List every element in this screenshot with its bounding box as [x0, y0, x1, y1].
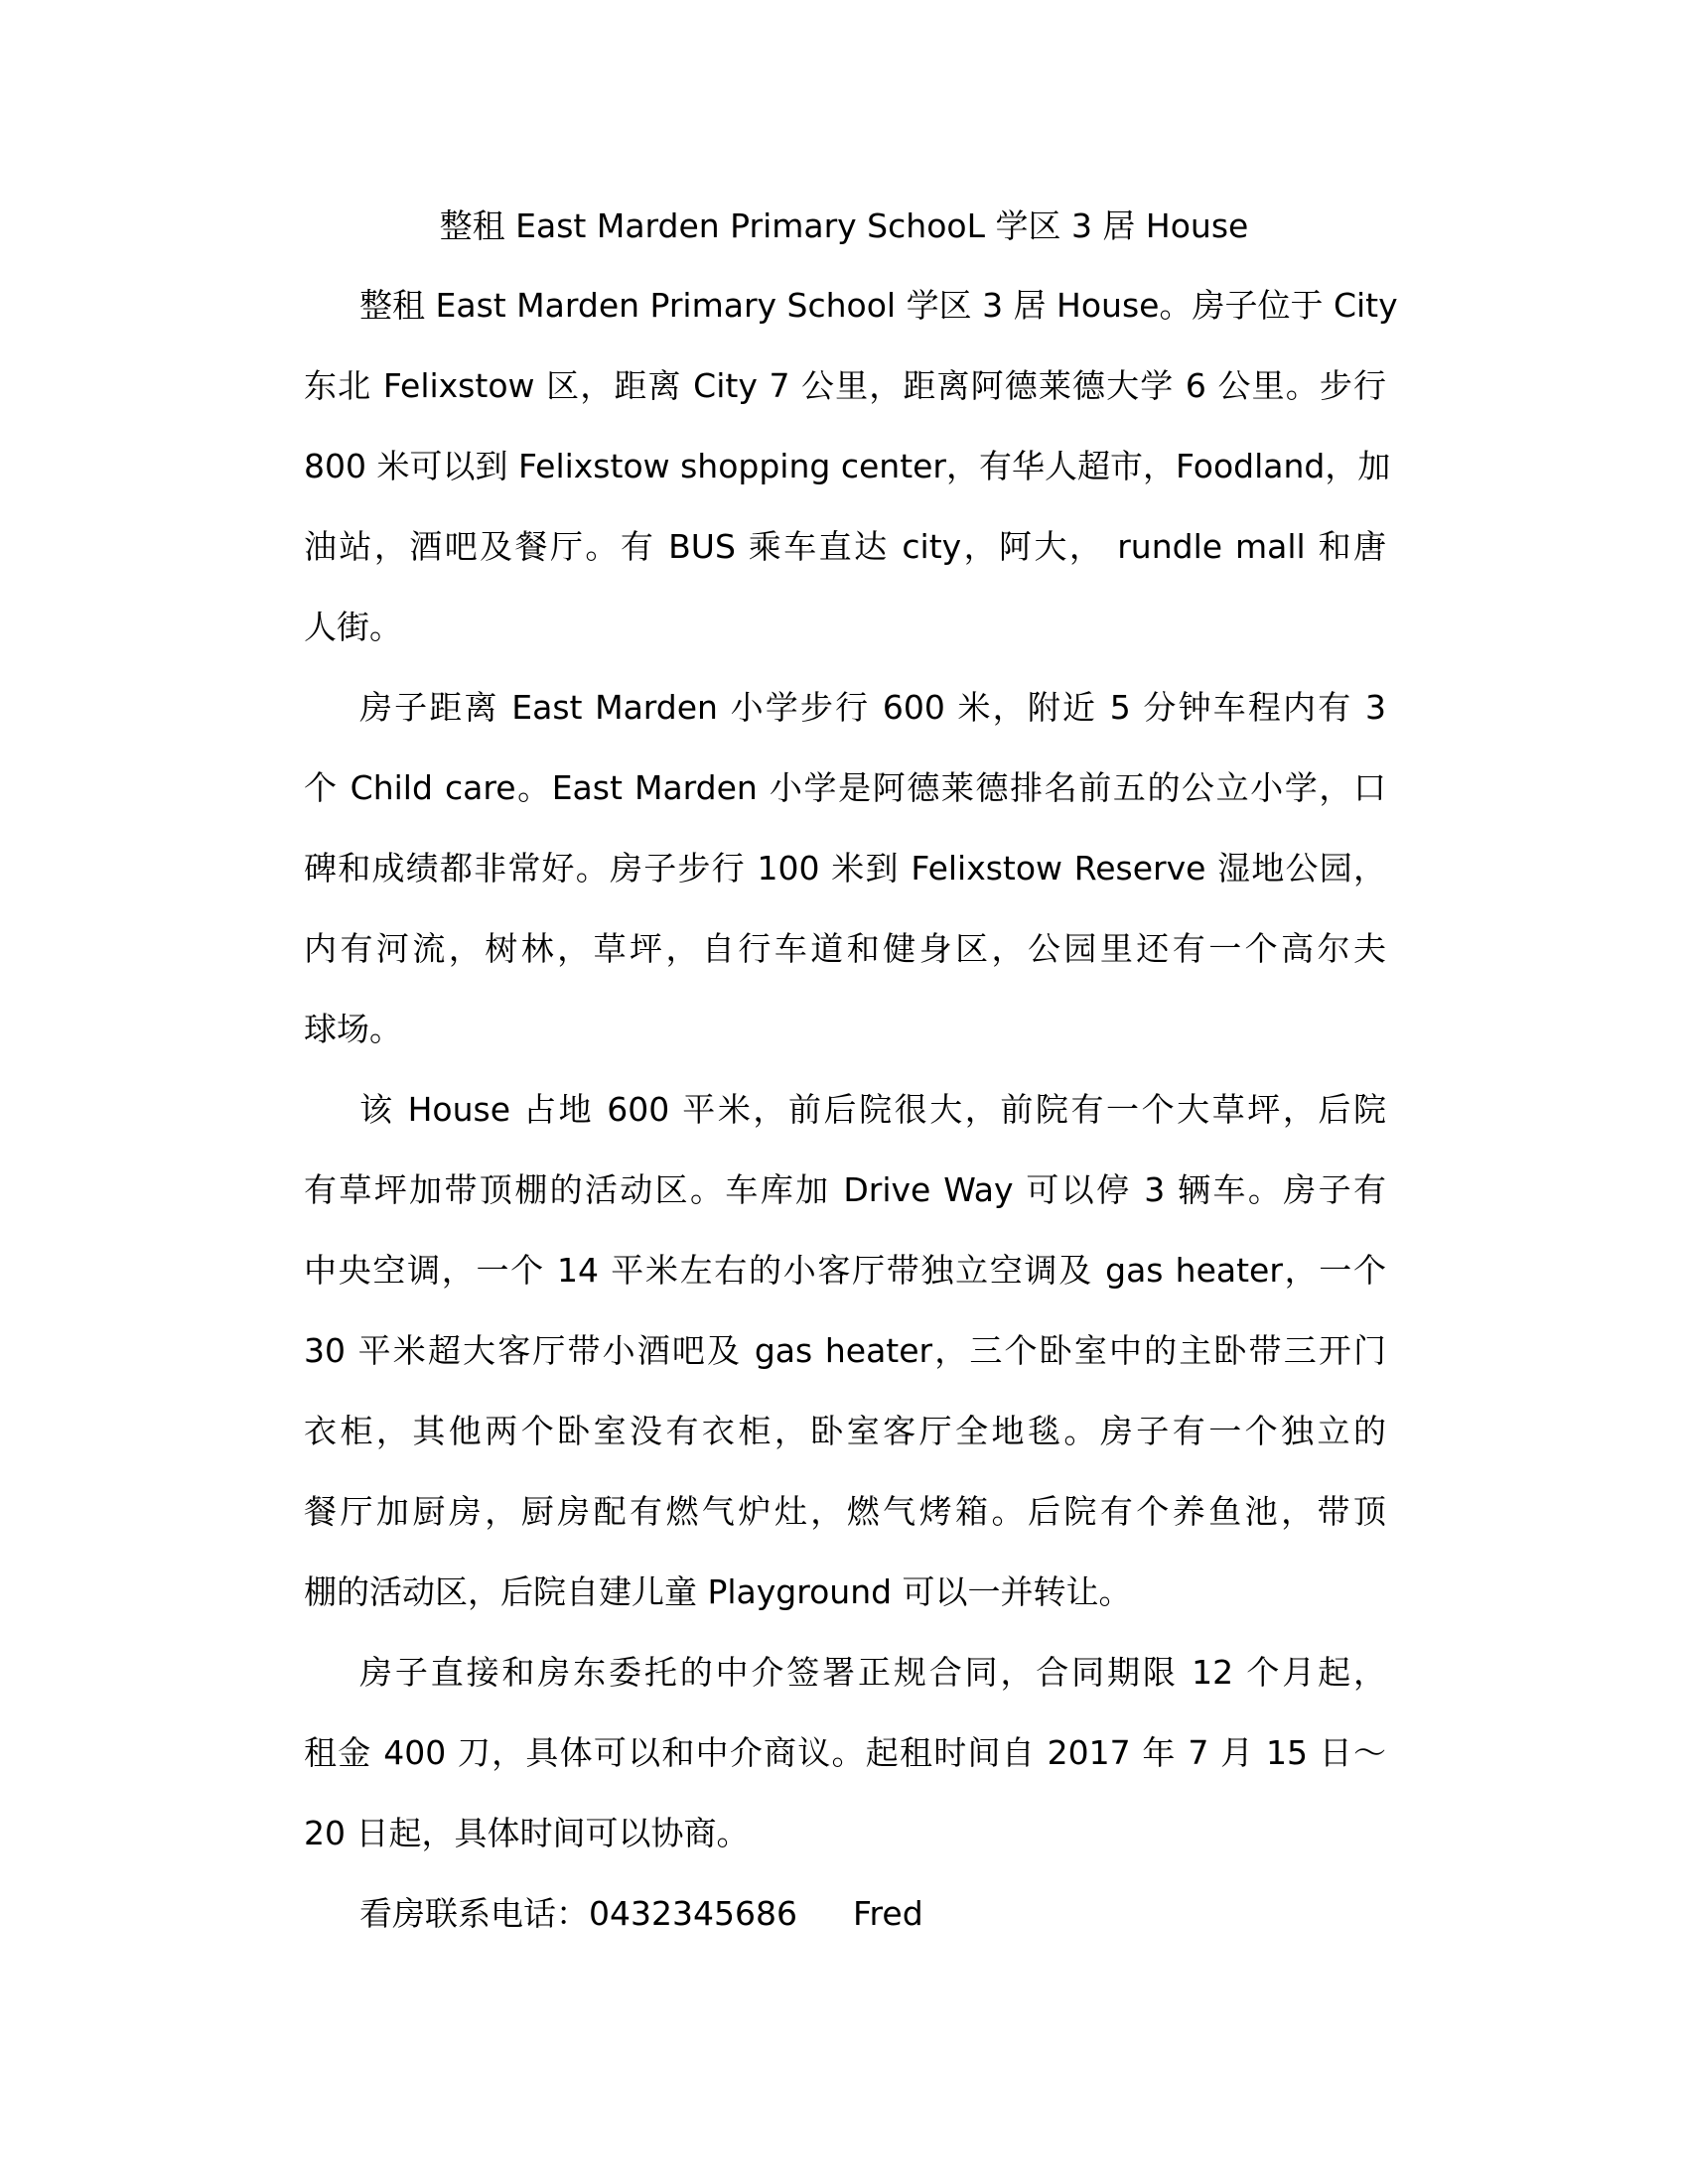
paragraph-line: 内有河流，树林，草坪，自行车道和健身区，公园里还有一个高尔夫 — [304, 925, 1386, 973]
paragraph-line: 人街。 — [304, 604, 1386, 651]
paragraph-line: 碑和成绩都非常好。房子步行 100 米到 Felixstow Reserve 湿… — [304, 845, 1386, 892]
paragraph-line: 球场。 — [304, 1006, 1386, 1053]
paragraph-line: 东北 Felixstow 区，距离 City 7 公里，距离阿德莱德大学 6 公… — [304, 362, 1386, 410]
document-title: 整租 East Marden Primary SchooL 学区 3 居 Hou… — [0, 203, 1688, 250]
paragraph-line: 30 平米超大客厅带小酒吧及 gas heater，三个卧室中的主卧带三开门 — [304, 1327, 1386, 1375]
contact-line: 看房联系电话：0432345686Fred — [359, 1890, 923, 1938]
document-page: 整租 East Marden Primary SchooL 学区 3 居 Hou… — [0, 0, 1688, 2184]
contact-label: 看房联系电话： — [359, 1894, 589, 1933]
paragraph-line: 个 Child care。East Marden 小学是阿德莱德排名前五的公立小… — [304, 764, 1386, 812]
paragraph-line: 有草坪加带顶棚的活动区。车库加 Drive Way 可以停 3 辆车。房子有 — [304, 1166, 1386, 1214]
paragraph-line: 20 日起，具体时间可以协商。 — [304, 1810, 1386, 1857]
contact-phone: 0432345686 — [589, 1894, 797, 1933]
paragraph-line: 800 米可以到 Felixstow shopping center，有华人超市… — [304, 443, 1386, 490]
paragraph-line: 房子距离 East Marden 小学步行 600 米，附近 5 分钟车程内有 … — [359, 684, 1386, 732]
paragraph-line: 租金 400 刀，具体可以和中介商议。起租时间自 2017 年 7 月 15 日… — [304, 1729, 1386, 1777]
contact-name: Fred — [853, 1894, 923, 1933]
paragraph-line: 该 House 占地 600 平米，前后院很大，前院有一个大草坪，后院 — [359, 1086, 1386, 1134]
paragraph-line: 油站，酒吧及餐厅。有 BUS 乘车直达 city，阿大， rundle mall… — [304, 523, 1386, 571]
paragraph-line: 房子直接和房东委托的中介签署正规合同，合同期限 12 个月起， — [359, 1649, 1386, 1697]
paragraph-line: 中央空调，一个 14 平米左右的小客厅带独立空调及 gas heater，一个 — [304, 1247, 1386, 1295]
paragraph-line: 棚的活动区，后院自建儿童 Playground 可以一并转让。 — [304, 1569, 1386, 1616]
paragraph-line: 整租 East Marden Primary School 学区 3 居 Hou… — [359, 282, 1386, 330]
paragraph-line: 衣柜，其他两个卧室没有衣柜，卧室客厅全地毯。房子有一个独立的 — [304, 1408, 1386, 1455]
paragraph-line: 餐厅加厨房，厨房配有燃气炉灶，燃气烤箱。后院有个养鱼池，带顶 — [304, 1488, 1386, 1536]
